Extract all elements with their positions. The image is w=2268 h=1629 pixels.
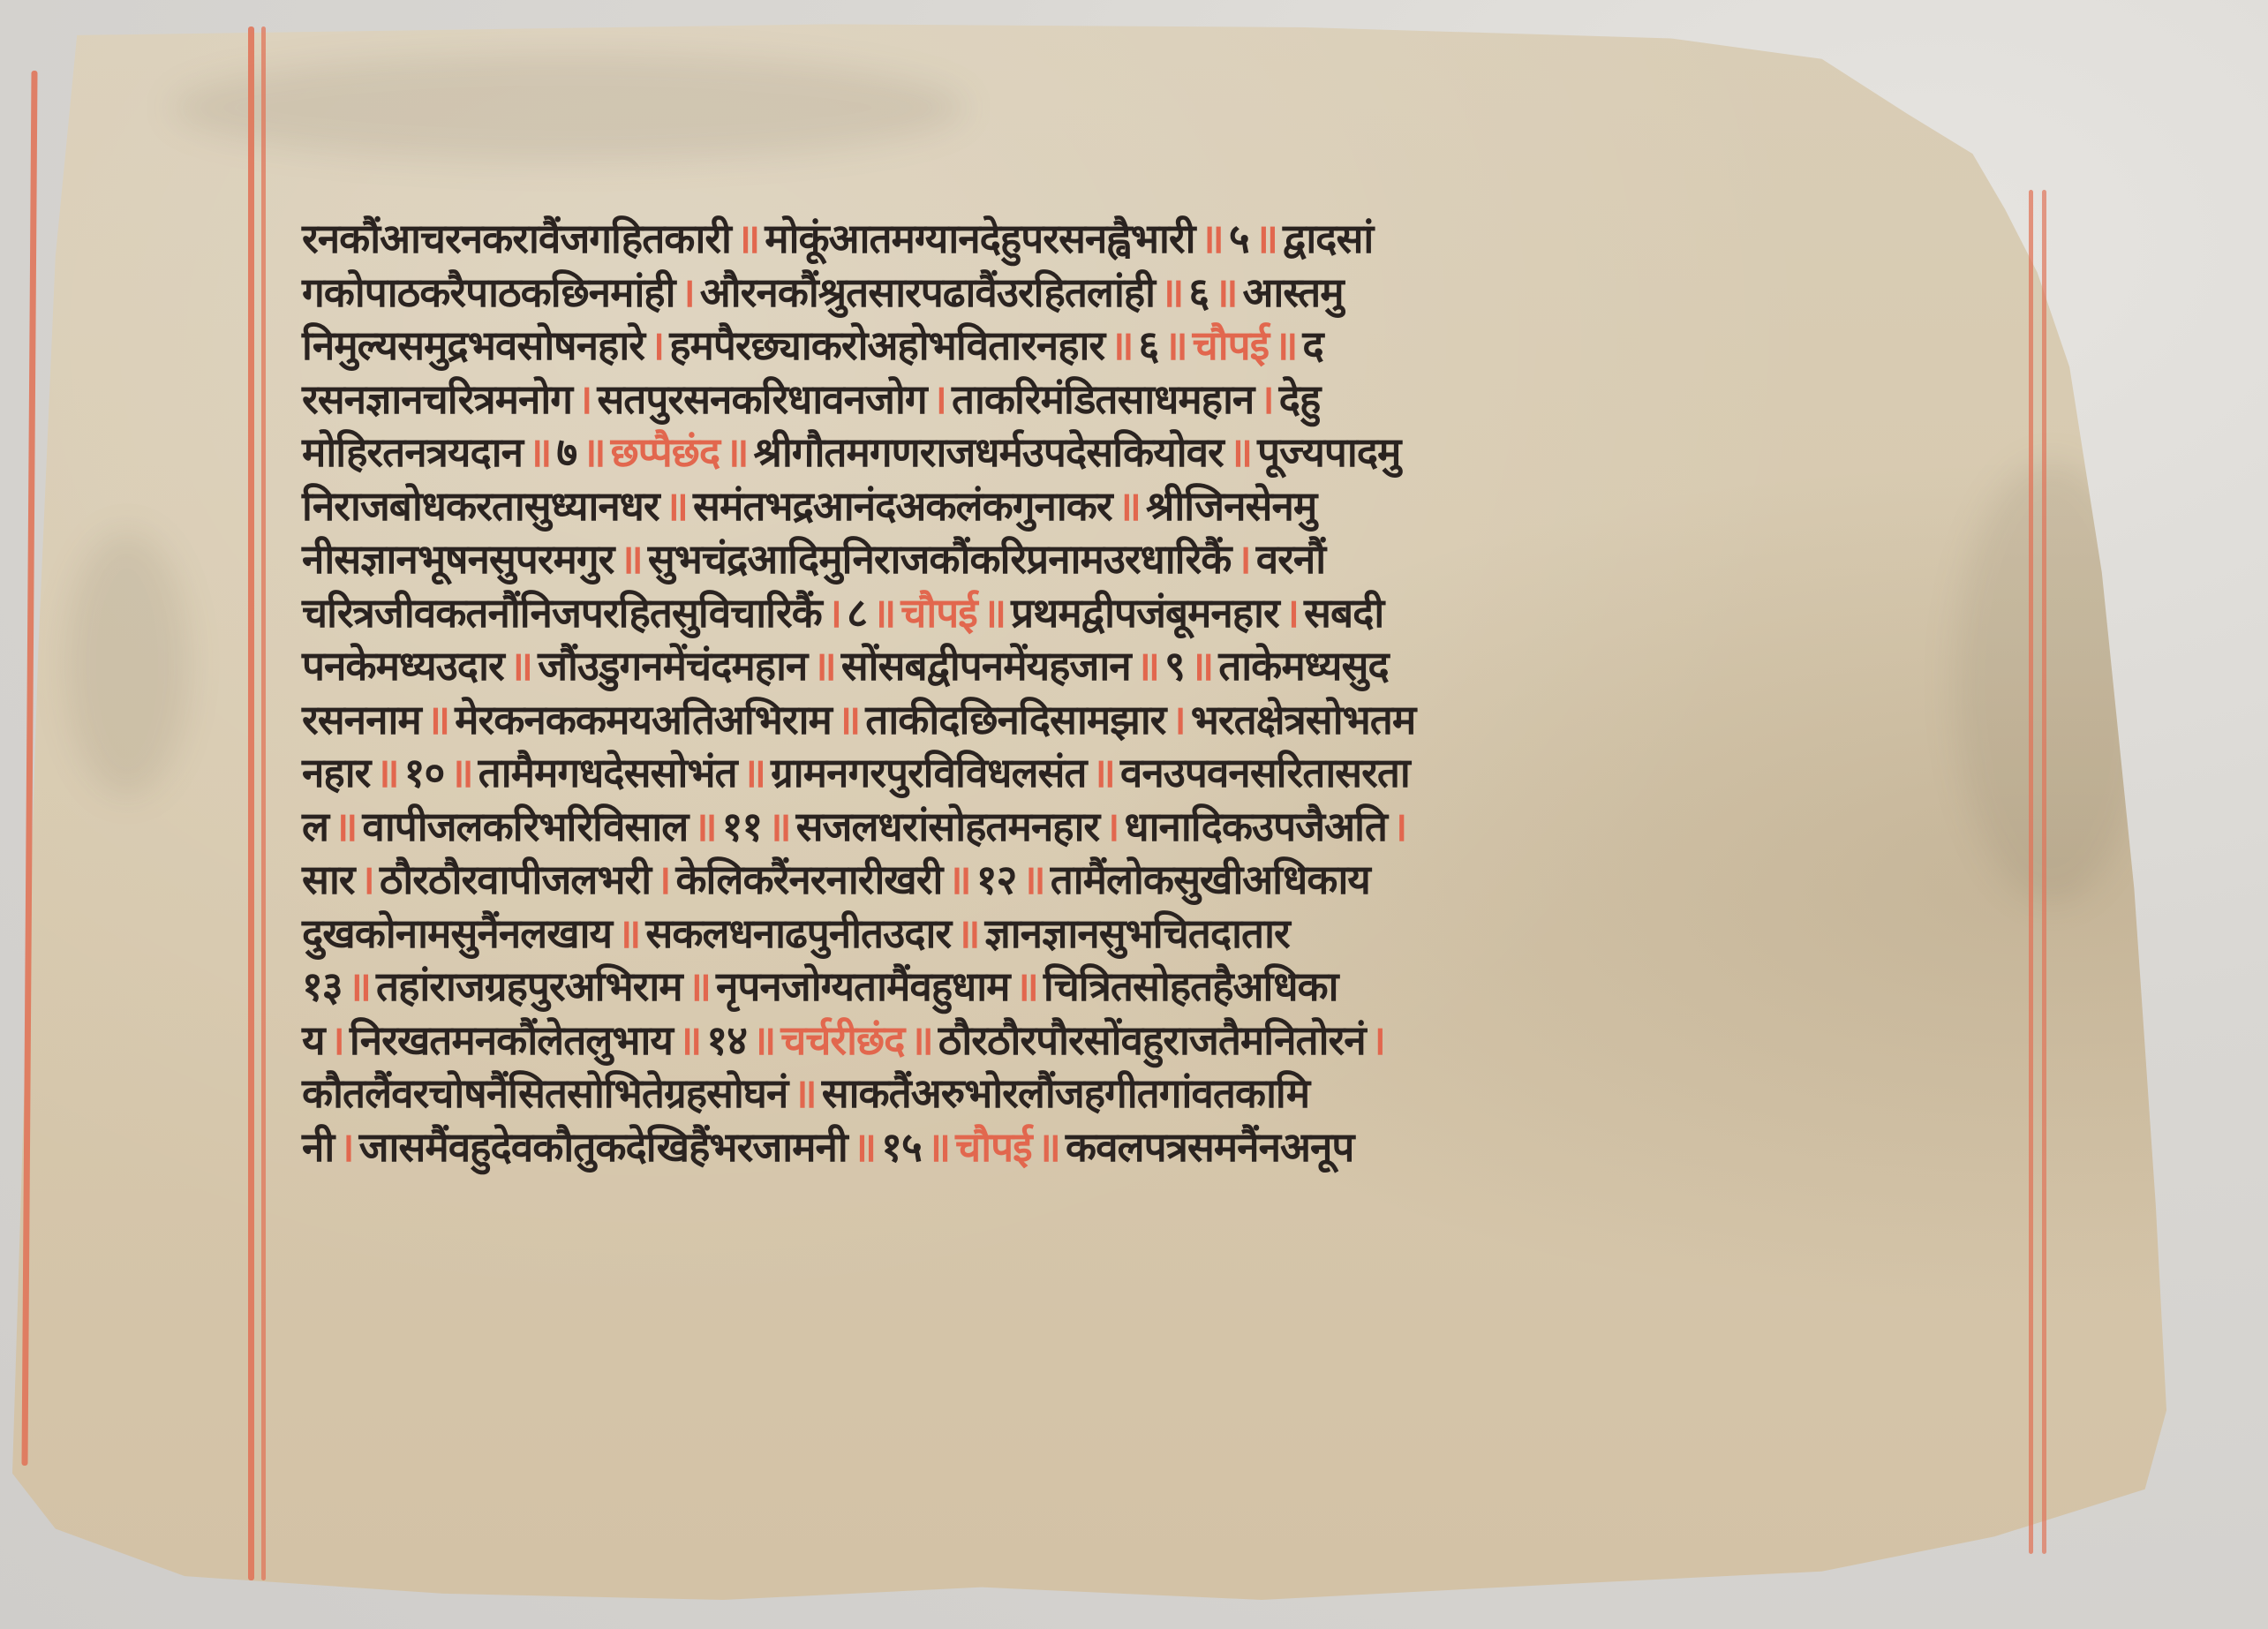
verse-separator: ॥ xyxy=(1021,856,1044,903)
text-segment: ज्ञानज्ञानसुभचितदातार xyxy=(984,909,1289,957)
text-segment: निराजबोधकरतासुध्यानधर xyxy=(302,482,659,530)
text-segment: सजलधरांसोहतमनहार xyxy=(796,803,1100,850)
text-segment: हमपैरछ्याकरोअहोभवितारनहार xyxy=(669,321,1104,369)
water-stain xyxy=(65,532,189,796)
verse-separator: ॥ xyxy=(872,589,895,637)
text-segment: श्रीजिनसेनमु xyxy=(1146,482,1316,530)
verse-number: १० xyxy=(404,749,445,796)
text-segment: सबदी xyxy=(1304,589,1383,637)
text-segment: आस्तमु xyxy=(1243,268,1344,316)
left-inner-ruling-line-a xyxy=(248,26,254,1580)
text-segment: मोहिरतनत्रयदान xyxy=(302,428,523,476)
text-segment: श्रीगौतमगणराजधर्मउपदेसकियोवर xyxy=(754,428,1224,476)
rubric-heading: चौपई xyxy=(1193,321,1269,369)
text-segment: सुभचंद्रआदिमुनिराजकौंकरिप्रनामउरधारिकैं xyxy=(648,535,1232,583)
verse-separator: ॥ xyxy=(426,696,449,743)
verse-separator: । xyxy=(1259,375,1273,423)
verse-separator: ॥ xyxy=(1255,215,1277,262)
text-segment: द्वादसां xyxy=(1283,215,1373,262)
manuscript-line: य।निरखतमनकौंलेतलुभाय॥१४॥चर्चरीछंद॥ठौरठौर… xyxy=(302,1014,2059,1067)
verse-separator: ॥ xyxy=(725,428,748,476)
verse-separator: । xyxy=(330,1016,344,1064)
verse-separator: । xyxy=(827,589,841,637)
text-segment: रनकौंआचरनकरावैंजगहितकारी xyxy=(302,215,731,262)
manuscript-line: रसननाम॥मेरकनककमयअतिअभिराम॥ताकीदछिनदिसामझ… xyxy=(302,693,2059,747)
rubric-heading: चौपई xyxy=(955,1123,1031,1171)
verse-separator: । xyxy=(650,321,664,369)
text-segment: धानादिकउपजैअति xyxy=(1124,803,1387,850)
text-segment: औरनकौंश्रुतसारपढावैंउरहितलांही xyxy=(700,268,1155,316)
text-segment: ल xyxy=(302,803,328,850)
verse-separator: ॥ xyxy=(947,856,970,903)
verse-separator: ॥ xyxy=(688,962,711,1010)
text-segment: ताकरिमंडितसाधमहान xyxy=(952,375,1254,423)
verse-separator: ॥ xyxy=(1136,642,1159,690)
text-segment: वरनौं xyxy=(1256,535,1325,583)
manuscript-line: चरित्रजीवकतनौंनिजपरहितसुविचारिकैं।८॥चौपई… xyxy=(302,586,2059,640)
manuscript-line: रसनज्ञानचरित्रमनोग।सतपुरसनकरिधावनजोग।ताक… xyxy=(302,373,2059,426)
manuscript-line: नीसज्ञानभूषनसुपरमगुर॥सुभचंद्रआदिमुनिराजक… xyxy=(302,532,2059,586)
text-segment: सोंसबद्वीपनमेंयहजान xyxy=(841,642,1131,690)
manuscript-text: रनकौंआचरनकरावैंजगहितकारी॥मोकूंआतमग्यानदे… xyxy=(302,212,2068,1173)
text-segment: केलिकरैंनरनारीखरी xyxy=(675,856,942,903)
manuscript-line: रनकौंआचरनकरावैंजगहितकारी॥मोकूंआतमग्यानदे… xyxy=(302,212,2059,266)
text-segment: य xyxy=(302,1016,325,1064)
verse-separator: ॥ xyxy=(812,642,835,690)
text-segment: गकोपाठकरैपाठकछिनमांही xyxy=(302,268,674,316)
text-segment: समंतभद्रआनंदअकलंकगुनाकर xyxy=(693,482,1112,530)
verse-number: ११ xyxy=(722,803,763,850)
manuscript-line: नहार॥१०॥तामैमगधदेससोभंत॥ग्रामनगरपुरविविध… xyxy=(302,746,2059,800)
text-segment: चरित्रजीवकतनौंनिजपरहितसुविचारिकैं xyxy=(302,589,822,637)
verse-separator: ॥ xyxy=(617,909,640,957)
verse-separator: ॥ xyxy=(1014,962,1037,1010)
text-segment: नी xyxy=(302,1123,334,1171)
verse-separator: ॥ xyxy=(1037,1123,1060,1171)
text-segment: प्रथमद्वीपजंबूमनहार xyxy=(1011,589,1279,637)
manuscript-line: ल॥वापीजलकरिभरिविसाल॥११॥सजलधरांसोहतमनहार।… xyxy=(302,800,2059,854)
verse-separator: ॥ xyxy=(1160,268,1183,316)
verse-separator: ॥ xyxy=(793,1069,816,1117)
water-stain xyxy=(171,55,966,161)
verse-separator: ॥ xyxy=(375,749,398,796)
verse-separator: । xyxy=(339,1123,353,1171)
text-segment: तहांराजग्रहपुरअभिराम xyxy=(376,962,682,1010)
verse-separator: ॥ xyxy=(927,1123,950,1171)
text-segment: कौतलैंवरचोषनैंसितसोभितेग्रहसोघनं xyxy=(302,1069,787,1117)
verse-separator: । xyxy=(656,856,670,903)
verse-number: ६ xyxy=(1138,321,1158,369)
text-segment: जासमैंवहुदेवकौतुकदेखिहैंभरजामनी xyxy=(359,1123,848,1171)
verse-separator: ॥ xyxy=(909,1016,932,1064)
verse-separator: ॥ xyxy=(1164,321,1187,369)
text-segment: नीसज्ञानभूषनसुपरमगुर xyxy=(302,535,614,583)
text-segment: निमुल्यसमुद्रभवसोषनहारे xyxy=(302,321,644,369)
verse-separator: ॥ xyxy=(509,642,532,690)
text-segment: ताकीदछिनदिसामझार xyxy=(865,696,1165,743)
verse-separator: ॥ xyxy=(742,749,765,796)
verse-separator: । xyxy=(1171,696,1185,743)
verse-number: १३ xyxy=(302,962,343,1010)
text-segment: वापीजलकरिभरिविसाल xyxy=(362,803,688,850)
verse-separator: ॥ xyxy=(837,696,860,743)
manuscript-line: दुखकोनामसुनैंनलखाय॥सकलधनाढपुनीतउदार॥ज्ञा… xyxy=(302,907,2059,961)
verse-separator: । xyxy=(1371,1016,1385,1064)
verse-separator: ॥ xyxy=(334,803,357,850)
verse-separator: ॥ xyxy=(983,589,1006,637)
verse-separator: ॥ xyxy=(736,215,759,262)
verse-separator: ॥ xyxy=(1274,321,1297,369)
text-segment: रसनज्ञानचरित्रमनोग xyxy=(302,375,572,423)
text-segment: ताकेमध्यसुद xyxy=(1218,642,1389,690)
text-segment: साकतैंअरुभोरलौंजहगीतगांवतकामि xyxy=(822,1069,1309,1117)
text-segment: चित्रितसोहतहैअधिका xyxy=(1044,962,1338,1010)
verse-number: ९ xyxy=(1164,642,1185,690)
rubric-heading: चौपई xyxy=(900,589,976,637)
verse-separator: ॥ xyxy=(1190,642,1213,690)
manuscript-line: मोहिरतनत्रयदान॥७॥छप्पैछंद॥श्रीगौतमगणराजध… xyxy=(302,426,2059,479)
text-segment: सार xyxy=(302,856,355,903)
text-segment: मेरकनककमयअतिअभिराम xyxy=(455,696,832,743)
verse-separator: ॥ xyxy=(767,803,790,850)
text-segment: रसननाम xyxy=(302,696,421,743)
verse-separator: । xyxy=(932,375,946,423)
text-segment: नहार xyxy=(302,749,370,796)
verse-separator: । xyxy=(359,856,373,903)
rubric-heading: चर्चरीछंद xyxy=(780,1016,904,1064)
verse-number: ८ xyxy=(847,589,867,637)
text-segment: वनउपवनसरितासरता xyxy=(1120,749,1410,796)
verse-separator: ॥ xyxy=(853,1123,876,1171)
verse-separator: ॥ xyxy=(449,749,472,796)
verse-separator: । xyxy=(577,375,591,423)
verse-separator: ॥ xyxy=(1118,482,1141,530)
manuscript-line: सार।ठौरठौरवापीजलभरी।केलिकरैंनरनारीखरी॥१२… xyxy=(302,853,2059,907)
text-segment: द xyxy=(1302,321,1322,369)
text-segment: निरखतमनकौंलेतलुभाय xyxy=(350,1016,673,1064)
verse-separator: ॥ xyxy=(1229,428,1252,476)
verse-number: १४ xyxy=(706,1016,747,1064)
verse-number: ५ xyxy=(1229,215,1249,262)
verse-separator: ॥ xyxy=(1200,215,1223,262)
left-inner-ruling-line-b xyxy=(261,26,266,1580)
verse-separator: ॥ xyxy=(348,962,371,1010)
text-segment: ठौरठौरवापीजलभरी xyxy=(380,856,651,903)
verse-separator: ॥ xyxy=(528,428,551,476)
verse-separator: । xyxy=(1392,803,1406,850)
verse-number: १२ xyxy=(976,856,1017,903)
text-segment: पूज्यपादमु xyxy=(1257,428,1400,476)
verse-separator: ॥ xyxy=(1214,268,1237,316)
text-segment: कवलपत्रसमनैंनअनूप xyxy=(1066,1123,1353,1171)
verse-number: १५ xyxy=(881,1123,922,1171)
text-segment: जौंउडुगनमेंचंदमहान xyxy=(538,642,807,690)
verse-separator: ॥ xyxy=(1091,749,1114,796)
verse-separator: ॥ xyxy=(678,1016,701,1064)
verse-separator: । xyxy=(680,268,694,316)
verse-separator: ॥ xyxy=(619,535,642,583)
text-segment: भरतक्षेत्रसोभतम xyxy=(1191,696,1416,743)
manuscript-line: निराजबोधकरतासुध्यानधर॥समंतभद्रआनंदअकलंकग… xyxy=(302,479,2059,533)
verse-separator: ॥ xyxy=(1110,321,1133,369)
verse-separator: ॥ xyxy=(752,1016,775,1064)
rubric-heading: छप्पैछंद xyxy=(611,428,720,476)
text-segment: ग्रामनगरपुरविविधलसंत xyxy=(771,749,1087,796)
manuscript-line: गकोपाठकरैपाठकछिनमांही।औरनकौंश्रुतसारपढाव… xyxy=(302,266,2059,320)
manuscript-line: कौतलैंवरचोषनैंसितसोभितेग्रहसोघनं॥साकतैंअ… xyxy=(302,1067,2059,1120)
verse-number: ६ xyxy=(1188,268,1209,316)
text-segment: सकलधनाढपुनीतउदार xyxy=(645,909,951,957)
manuscript-line: निमुल्यसमुद्रभवसोषनहारे।हमपैरछ्याकरोअहोभ… xyxy=(302,319,2059,373)
verse-separator: ॥ xyxy=(665,482,688,530)
verse-separator: । xyxy=(1104,803,1119,850)
verse-separator: ॥ xyxy=(582,428,605,476)
text-segment: तामैमगधदेससोभंत xyxy=(478,749,737,796)
verse-separator: ॥ xyxy=(693,803,716,850)
text-segment: पनकेमध्यउदार xyxy=(302,642,504,690)
text-segment: मोकूंआतमग्यानदेहुपरसनह्वैभारी xyxy=(765,215,1194,262)
text-segment: देहु xyxy=(1279,375,1321,423)
text-segment: दुखकोनामसुनैंनलखाय xyxy=(302,909,612,957)
text-segment: ठौरठौरपौरसोंवहुराजतैमनितोरनं xyxy=(938,1016,1366,1064)
manuscript-line: पनकेमध्यउदार॥जौंउडुगनमेंचंदमहान॥सोंसबद्व… xyxy=(302,639,2059,693)
text-segment: तामैंलोकसुखीअधिकाय xyxy=(1051,856,1370,903)
text-segment: नृपनजोग्यतामैंवहुधाम xyxy=(716,962,1010,1010)
text-segment: सतपुरसनकरिधावनजोग xyxy=(597,375,926,423)
verse-separator: । xyxy=(1285,589,1299,637)
manuscript-line: १३॥तहांराजग्रहपुरअभिराम॥नृपनजोग्यतामैंवह… xyxy=(302,960,2059,1014)
verse-separator: । xyxy=(1236,535,1250,583)
verse-number: ७ xyxy=(556,428,576,476)
manuscript-line: नी।जासमैंवहुदेवकौतुकदेखिहैंभरजामनी॥१५॥चौ… xyxy=(302,1120,2059,1174)
verse-separator: ॥ xyxy=(956,909,979,957)
